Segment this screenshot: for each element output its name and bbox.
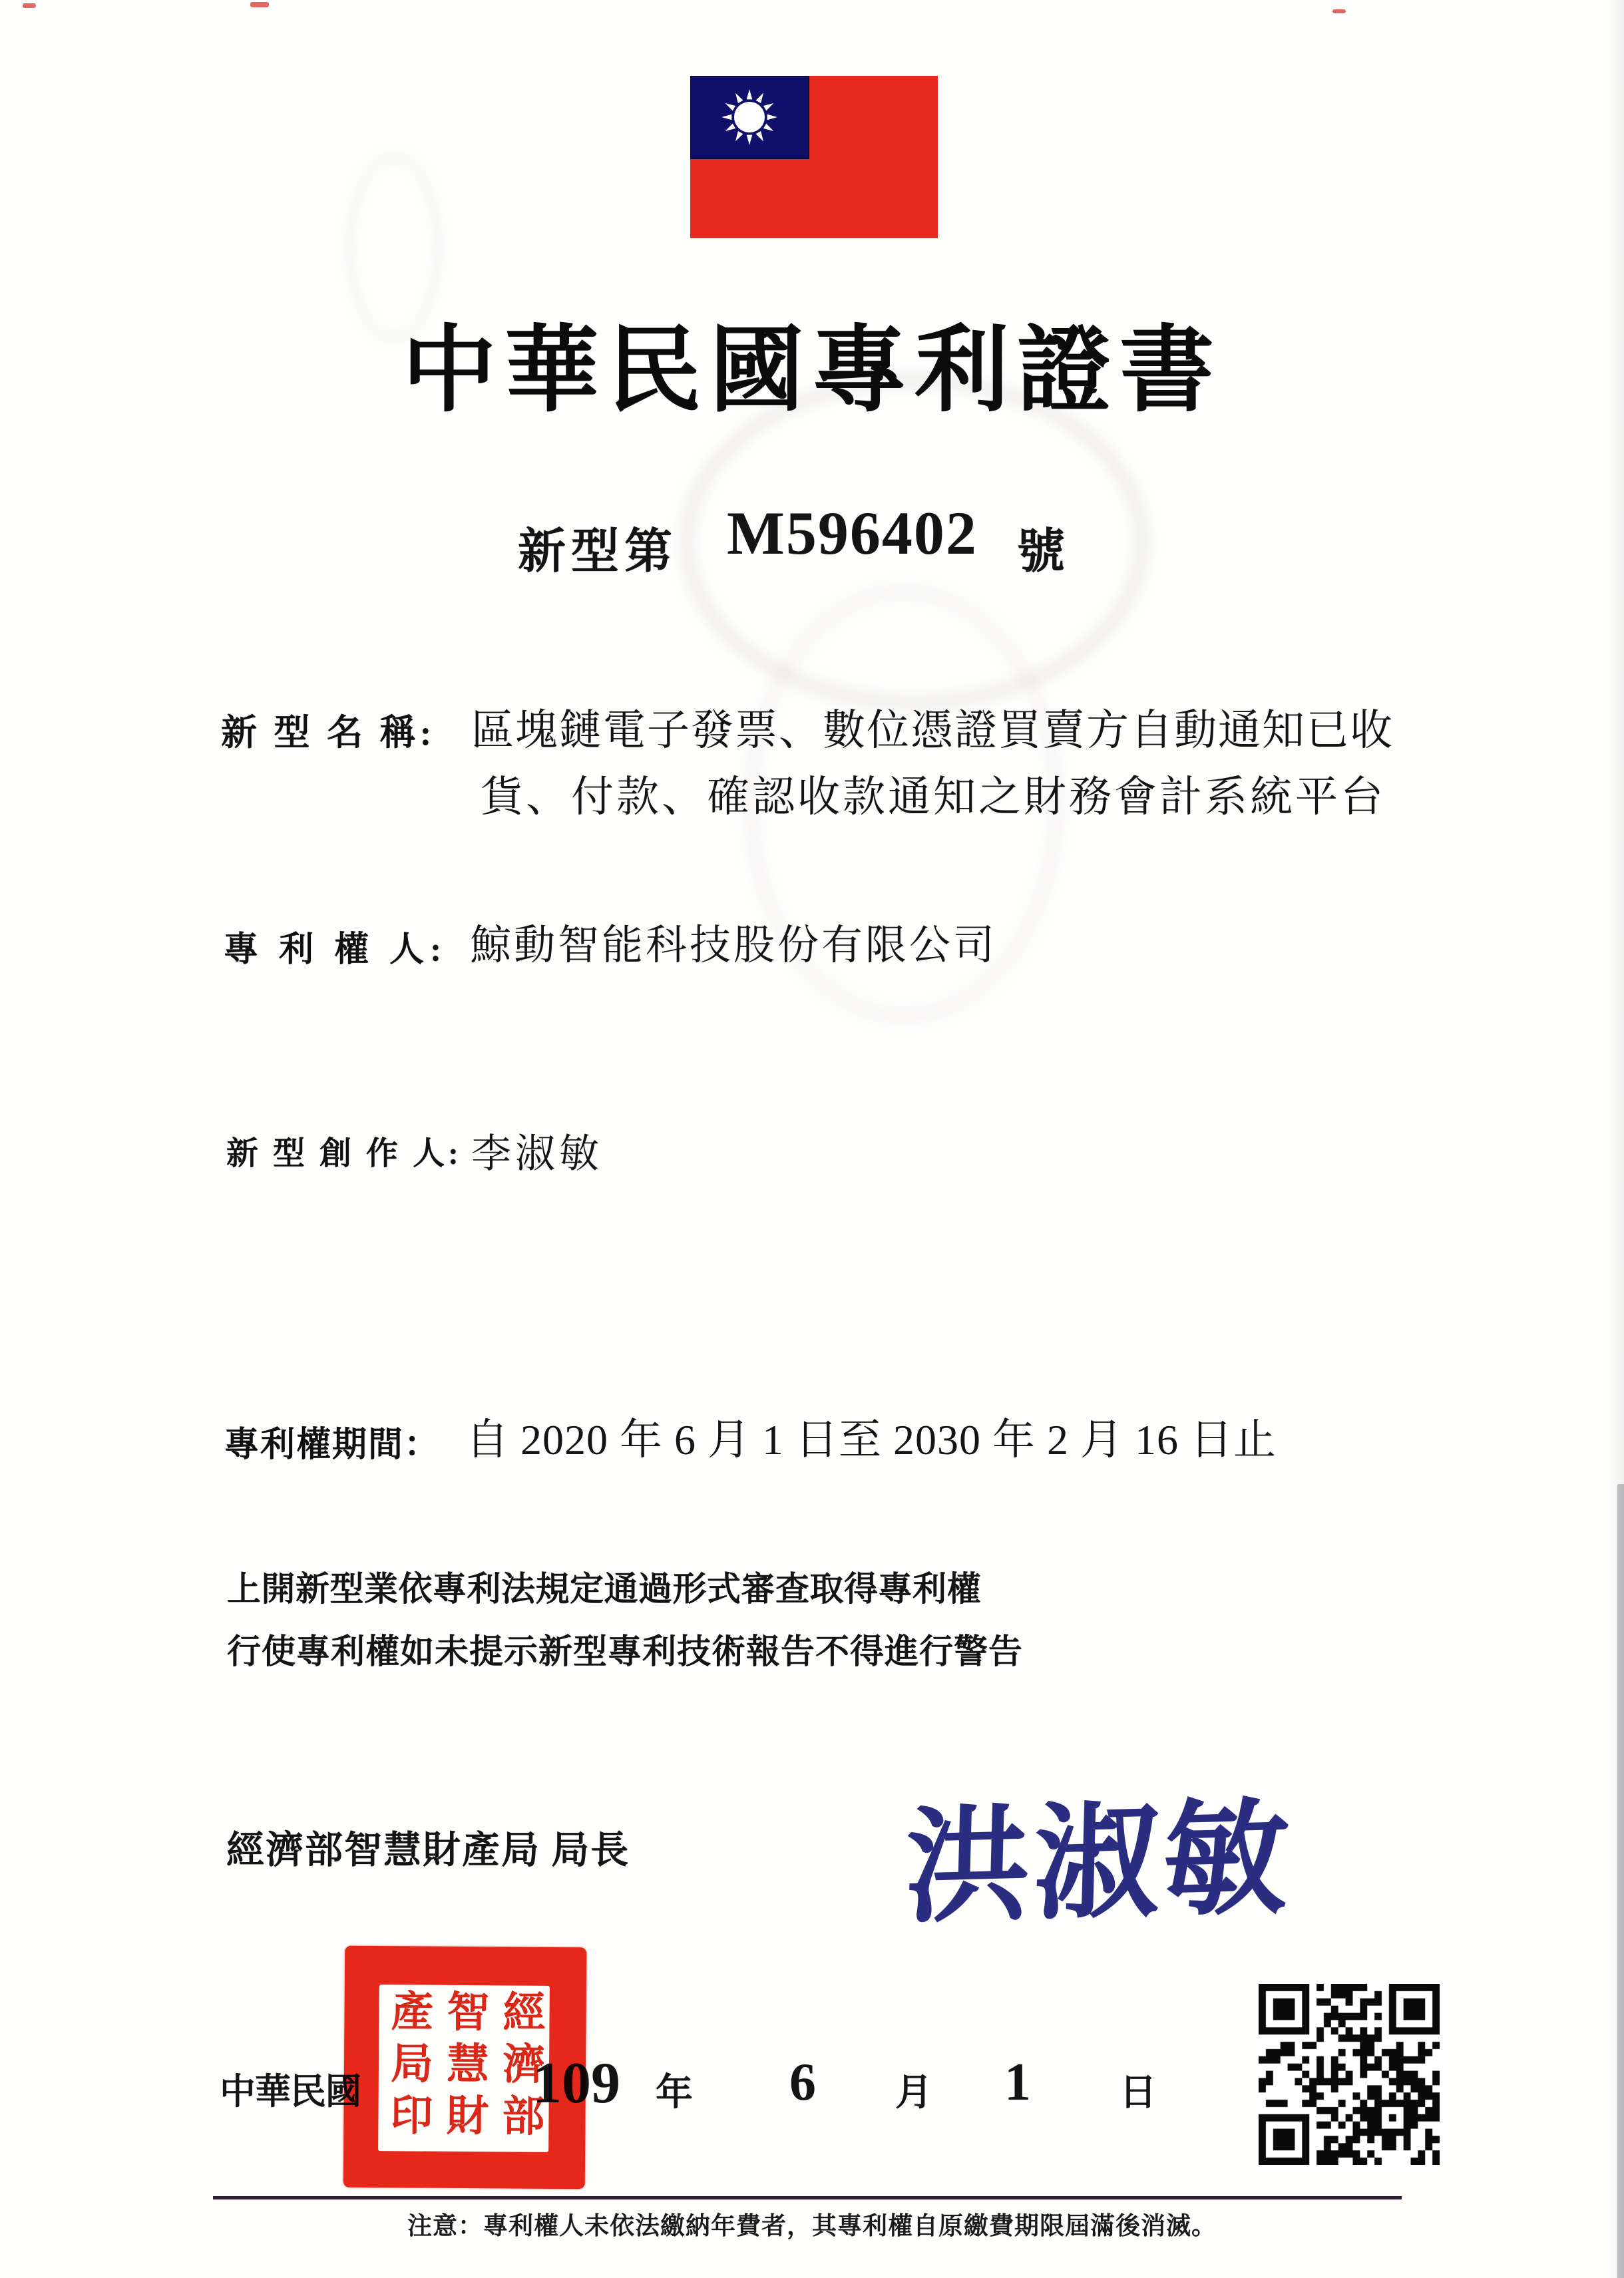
date-year-unit: 年 (656, 2063, 693, 2116)
issuer-title: 經濟部智慧財產局 局長 (226, 1819, 630, 1874)
legal-statement-line2: 行使專利權如未提示新型專利技術報告不得進行警告 (227, 1624, 1023, 1673)
patent-term-value: 自 2020 年 6 月 1 日至 2030 年 2 月 16 日止 (466, 1406, 1277, 1467)
date-day: 1 (1004, 2052, 1031, 2113)
seal-text: 經濟部智慧財產局印 (379, 1989, 548, 2148)
patent-number: M596402 (727, 498, 978, 568)
patent-term-label: 專利權期間： (224, 1416, 440, 1466)
certificate-title: 中華民國專利證書 (0, 294, 1624, 430)
date-day-unit: 日 (1119, 2063, 1157, 2116)
patentee-value: 鯨動智能科技股份有限公司 (470, 912, 997, 971)
official-red-seal: 經濟部智慧財產局印 (343, 1946, 587, 2189)
creator-label: 新 型 創 作 人: (226, 1127, 462, 1173)
scan-edge-line (1617, 1484, 1624, 2278)
legal-statement-line1: 上開新型業依專利法規定通過形式審查取得專利權 (227, 1561, 981, 1611)
creator-value: 李淑敏 (471, 1122, 603, 1179)
patent-certificate-page: 中華民國專利證書 新型第 M596402 號 新 型 名 稱: 區塊鏈電子發票、… (0, 0, 1624, 2278)
model-name-label: 新 型 名 稱: (221, 704, 435, 755)
verification-qr-code (1259, 1984, 1440, 2165)
patentee-label: 專 利 權 人: (224, 921, 447, 971)
scan-speck (250, 2, 269, 7)
scan-speck (23, 3, 36, 8)
model-name-line2: 貨、付款、確認收款通知之財務會計系統平台 (481, 763, 1386, 824)
seal-inner-panel: 經濟部智慧財產局印 (378, 1985, 550, 2152)
model-name-line1: 區塊鏈電子發票、數位憑證買賣方自動通知已收 (471, 696, 1394, 757)
director-general-signature: 洪淑敏 (903, 1757, 1295, 1947)
footer-divider (213, 2196, 1402, 2199)
date-month: 6 (789, 2052, 816, 2113)
scan-speck (1332, 9, 1346, 13)
patent-number-prefix: 新型第 (518, 512, 678, 582)
date-era-label: 中華民國 (220, 2063, 361, 2114)
footer-note: 注意：專利權人未依法繳納年費者，其專利權自原繳費期限屆滿後消滅。 (0, 2205, 1624, 2241)
roc-flag-icon (690, 76, 938, 238)
date-month-unit: 月 (895, 2063, 932, 2116)
patent-number-suffix: 號 (1017, 512, 1065, 582)
